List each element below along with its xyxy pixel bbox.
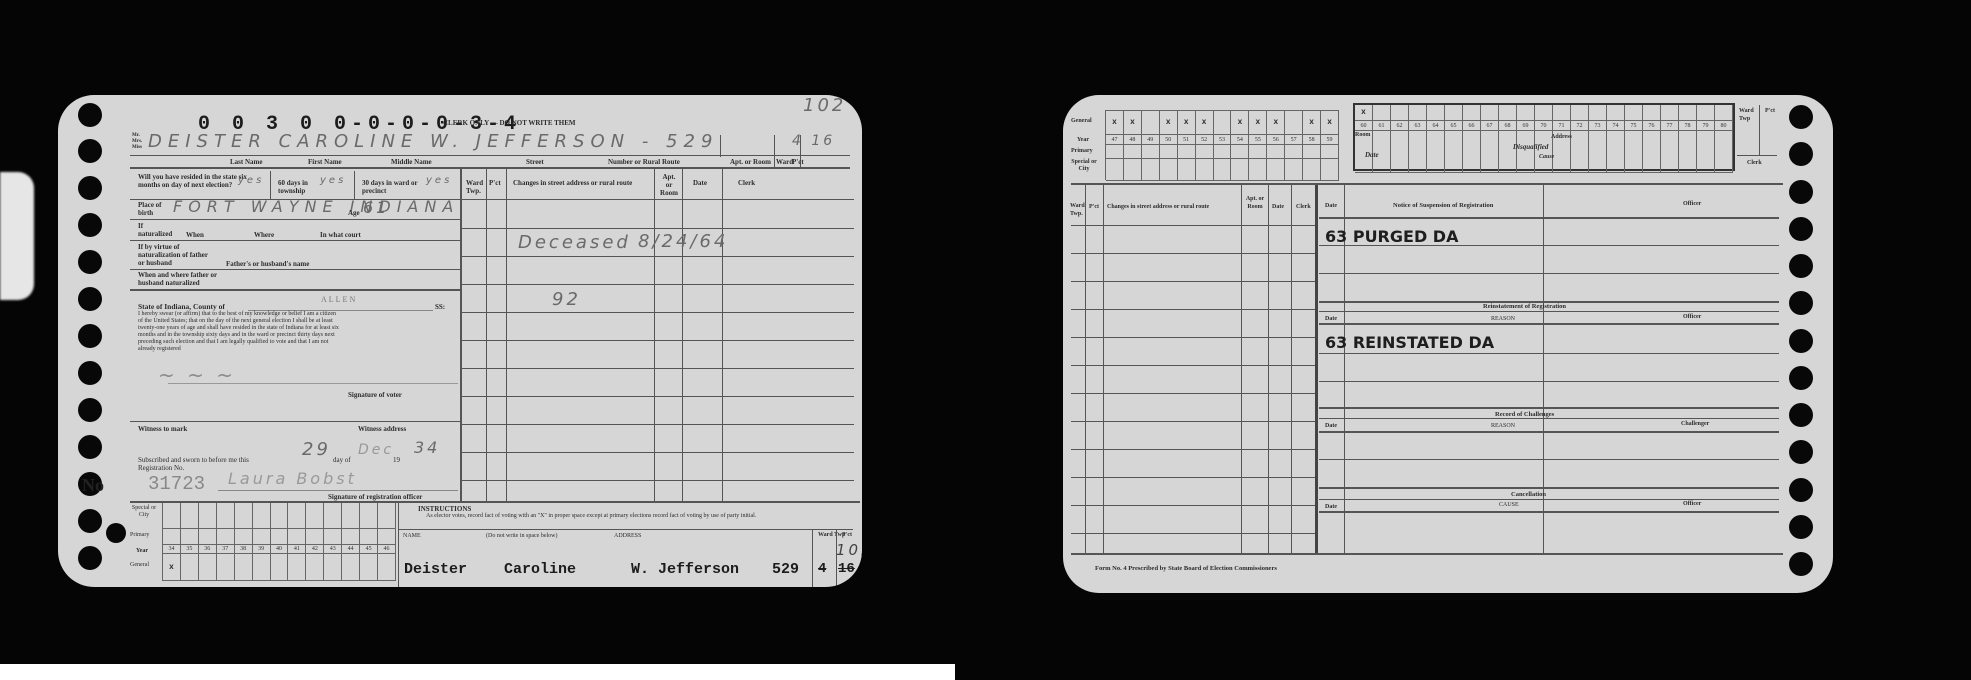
registration-card-back: General Year Primary Special or City X X… [1063,95,1833,593]
divider [1319,487,1779,489]
punch-hole [78,546,102,570]
general-vote-mark: X [1267,111,1285,135]
th-challenges-reason: REASON [1491,422,1515,430]
punch-hole [78,213,102,237]
divider [1319,273,1779,274]
oath-line: preceding such election and that I am le… [138,339,328,346]
th-apt: Apt. or Room [1245,195,1265,211]
th-date: Date [693,179,707,187]
th-challenges-date: Date [1325,422,1337,430]
general-vote-mark: X [1321,111,1339,135]
divider [1319,311,1779,312]
year-cell: 71 [1553,121,1571,131]
punch-hole [1789,403,1813,427]
th-clerk: Clerk [1296,203,1311,211]
label-witness-address: Witness address [358,425,406,433]
divider [1071,253,1315,254]
label-father-naturalization: If by virtue of naturalization of father… [138,243,210,267]
q-township: 60 days in township [278,179,318,195]
year-cell: 63 [1409,121,1427,131]
general-vote-mark [1285,111,1303,135]
label-last-name: Last Name [230,158,262,166]
year-cell: 50 [1160,135,1178,145]
punch-hole [1789,552,1813,576]
divider [130,219,460,220]
divider [1759,105,1760,155]
year-cell: 45 [360,545,378,554]
punch-hole [1789,440,1813,464]
divider [1071,477,1315,478]
year-cell: 40 [271,545,289,554]
ward-pct-written: 4 16 [792,133,835,149]
change-entry-92: 92 [552,289,581,310]
year-cell: 39 [253,545,271,554]
divider [1319,245,1779,246]
year-cell: 76 [1643,121,1661,131]
label-address: Address [1551,133,1572,141]
year-cell: 46 [378,545,396,554]
general-vote-mark: X [1178,111,1196,135]
typed-first-name: Caroline [504,561,576,578]
general-vote-mark: X [1355,105,1373,121]
year-cell: 66 [1463,121,1481,131]
oath-line: I hereby swear (or affirm) that to the b… [138,311,336,318]
divider [270,171,271,199]
punch-hole [1789,142,1813,166]
th-changes: Changes in street address or rural route [1107,203,1209,211]
row-label-special: Special or City [1071,159,1097,173]
voting-grid-back-1: X X X X X X X X X X 47 48 49 50 51 52 53… [1105,110,1339,180]
cancellation-title: Cancellation [1511,491,1546,499]
divider [1071,225,1315,226]
label-registration-no: Registration No. [138,464,184,472]
general-vote-mark: X [1303,111,1321,135]
punch-hole [78,139,102,163]
general-vote-mark: X [1106,111,1124,135]
label-room: Room [1355,131,1370,139]
label-pct: P'ct [792,158,804,166]
row-label-primary: Primary [1071,147,1093,155]
label-first-name: First Name [308,158,342,166]
divider [1071,421,1315,422]
scan-margin-strip [0,664,955,680]
divider [1319,381,1779,382]
divider [168,383,458,384]
year-cell: 70 [1535,121,1553,131]
label-street: Street [526,158,544,166]
year-cell: 75 [1625,121,1643,131]
no-prefix: No [82,475,104,495]
punch-hole [78,398,102,422]
divider [1291,185,1292,553]
divider [1071,449,1315,450]
divider [1241,185,1242,553]
general-vote-mark [1142,111,1160,135]
punch-hole [1789,217,1813,241]
divider [130,289,460,291]
divider [462,480,854,481]
divider [462,396,854,397]
th-pct: P'ct [489,179,501,187]
divider [1319,459,1779,460]
th-suspension-officer: Officer [1683,200,1701,208]
name-prefix: Mr. Mrs. Miss [132,133,142,151]
label-ward: Ward [776,158,793,166]
th-ward: Ward Twp. [466,179,484,195]
punch-hole [78,176,102,200]
punch-hole [78,324,102,348]
age: 61 [363,198,389,217]
divider [462,312,854,313]
label-pct: P'ct [1765,107,1775,115]
a-ward: yes [426,175,452,186]
voting-grid-front: 34 35 36 37 38 39 40 41 42 43 44 45 46 X [162,503,396,581]
th-cancellation-date: Date [1325,503,1337,511]
year-cell: 47 [1106,135,1124,145]
year-cell: 41 [288,545,306,554]
subscribed-month: Dec [358,442,394,458]
corner-number: 102 [803,95,846,116]
oath-line: of the United States; that on the day of… [138,318,333,325]
label-cause: Cause [1539,153,1554,161]
label-where: Where [254,231,274,239]
header-note: CLERK ONLY — DO NOT WRITE THEM [443,119,576,127]
general-vote-mark: X [1160,111,1178,135]
divider [1071,393,1315,394]
row-label-general: General [130,561,149,569]
year-cell: 51 [1178,135,1196,145]
divider [462,199,854,200]
divider [462,284,854,285]
th-reinstatement-officer: Officer [1683,313,1701,321]
divider [130,421,460,422]
divider [398,503,399,587]
general-vote-mark: X [1249,111,1267,135]
year-cell: 54 [1231,135,1249,145]
year-cell: 61 [1373,121,1391,131]
oath-ss: SS: [435,303,445,311]
th-reinstatement-date: Date [1325,315,1337,323]
subscribed-year-prefix: 19 [393,456,400,464]
row-label-year: Year [1077,136,1089,144]
instructions-title: INSTRUCTIONS [418,505,471,513]
divider [1268,185,1269,553]
voter-name-line: DEISTER CAROLINE W. JEFFERSON - 529 [148,131,718,152]
year-cell: 55 [1249,135,1267,145]
th-suspension-notice: Notice of Suspension of Registration [1393,202,1493,210]
row-label-primary: Primary [130,531,149,539]
officer-signature: Laura Bobst [228,469,357,488]
divider [1319,431,1779,433]
oath-line: already registered [138,346,181,353]
year-cell: 65 [1445,121,1463,131]
label-address: ADDRESS [614,532,641,540]
a-state-residency: yes [238,175,264,186]
th-ward: Ward Twp. [1070,202,1084,218]
th-suspension-date: Date [1325,202,1337,210]
divider [462,368,854,369]
year-cell: 69 [1517,121,1535,131]
year-cell: 44 [342,545,360,554]
label-court: In what court [320,231,361,239]
change-entry-deceased: Deceased [518,232,631,253]
a-township: yes [320,175,346,186]
year-cell: 36 [199,545,217,554]
label-clerk: Clerk [1747,159,1762,167]
divider [398,529,853,530]
punch-hole [1789,180,1813,204]
divider [1071,365,1315,366]
divider [1319,499,1779,500]
th-challenger: Challenger [1681,420,1709,428]
oath-line: months and in the township sixty days an… [138,332,335,339]
subscribed-text: Subscribed and sworn to before me this [138,456,249,464]
year-cell: 35 [181,545,199,554]
divider [130,240,460,241]
punch-hole [1789,366,1813,390]
divider [812,529,813,587]
typed-last-name: Deister [404,561,467,578]
th-changes: Changes in street address or rural route [513,179,632,187]
punch-hole [78,250,102,274]
suspension-stamp: 63 PURGED DA [1325,227,1458,246]
punch-hole [1789,478,1813,502]
divider [1071,183,1783,185]
handwritten-pct: 102 [836,541,862,559]
label-ward-twp: Ward Twp [1739,107,1757,123]
year-cell: 42 [306,545,324,554]
divider [1315,185,1318,553]
th-clerk: Clerk [738,179,755,187]
divider [130,155,850,156]
divider [1071,505,1315,506]
divider [774,135,775,167]
oath-county: ALLEN [321,296,357,304]
general-vote-mark: X [1231,111,1249,135]
divider [1103,185,1104,553]
general-vote-mark [1214,111,1232,135]
label-father-when-where: When and where father or husband natural… [138,271,233,287]
punch-hole [78,361,102,385]
divider [130,269,460,270]
year-cell: 62 [1391,121,1409,131]
divider [720,135,721,157]
label-number: Number or Rural Route [608,158,680,166]
punch-hole [1789,291,1813,315]
subscribed-day-of: day of [333,456,351,464]
general-vote-mark: X [1124,111,1142,135]
th-apt: Apt. or Room [660,173,678,197]
year-cell: 56 [1267,135,1285,145]
label-officer-signature: Signature of registration officer [328,493,422,501]
punch-hole [1789,329,1813,353]
year-cell: 74 [1607,121,1625,131]
general-vote-mark: X [163,554,181,581]
place-of-birth: FORT WAYNE INDIANA [173,197,459,216]
punch-hole [1789,105,1813,129]
year-cell: 53 [1214,135,1232,145]
divider [462,256,854,257]
divider [218,490,458,491]
reinstatement-stamp: 63 REINSTATED DA [1325,333,1494,352]
punch-hole [78,103,102,127]
divider [1071,309,1315,310]
label-when: When [186,231,204,239]
year-cell: 72 [1571,121,1589,131]
label-date: Date [1365,151,1379,159]
year-cell: 59 [1321,135,1339,145]
year-cell: 64 [1427,121,1445,131]
row-label-special: Special or City [130,505,158,519]
subscribed-day: 29 [302,439,331,460]
label-middle-name: Middle Name [391,158,432,166]
label-father-name: Father's or husband's name [226,260,309,268]
label-pct-bottom: P'ct [842,531,852,539]
row-label-year: Year [136,547,148,555]
divider [462,228,854,229]
punch-hole [1789,515,1813,539]
divider [1319,511,1779,513]
divider [130,167,850,169]
q-ward: 30 days in ward or precinct [362,179,422,195]
th-cancellation-cause: CAUSE [1499,501,1519,509]
divider [462,452,854,453]
divider [354,171,355,199]
label-place-of-birth: Place of birth [138,201,168,217]
year-cell: 58 [1303,135,1321,145]
divider [1319,323,1779,325]
label-apt: Apt. or Room [730,158,771,166]
q-state-residency: Will you have resided in the state six m… [138,173,248,189]
divider [1319,353,1779,354]
year-cell: 57 [1285,135,1303,145]
divider [1319,418,1779,419]
divider [462,424,854,425]
scan-artifact [0,172,34,300]
th-pct: P'ct [1089,203,1099,211]
divider [1319,407,1779,409]
year-cell: 43 [324,545,342,554]
year-cell: 80 [1715,121,1733,131]
divider [1071,337,1315,338]
typed-number: 529 [772,561,799,578]
punch-hole [78,287,102,311]
oath-heading: State of Indiana, County of [138,303,225,311]
year-cell: 49 [1142,135,1160,145]
form-footer: Form No. 4 Prescribed by State Board of … [1095,565,1277,573]
year-cell: 52 [1196,135,1214,145]
punch-hole [78,435,102,459]
th-cancellation-officer: Officer [1683,500,1701,508]
label-do-not-write: (Do not write in space below) [486,532,557,540]
label-disqualified: Disqualified [1513,143,1548,151]
divider [1319,217,1779,219]
year-cell: 68 [1499,121,1517,131]
year-cell: 79 [1697,121,1715,131]
year-cell: 34 [163,545,181,554]
registration-card-front: 0 0 3 0 0-0-0-0-3-4 CLERK ONLY — DO NOT … [58,95,862,587]
oath-line: twenty-one years of age and shall have r… [138,325,339,332]
change-entry-date: 8/24/64 [638,231,728,252]
divider [1071,533,1315,534]
year-cell: 38 [235,545,253,554]
year-cell: 78 [1679,121,1697,131]
row-label-general: General [1071,117,1092,125]
divider [1737,155,1777,156]
reinstatement-title: Reinstatement of Registration [1483,303,1566,311]
year-cell: 67 [1481,121,1499,131]
typed-ward: 4 [818,561,826,577]
label-naturalized: If naturalized [138,222,178,238]
divider [1071,281,1315,282]
label-name: NAME [403,532,421,540]
subscribed-year: 34 [414,438,440,457]
label-signature-voter: Signature of voter [348,391,402,399]
year-cell: 73 [1589,121,1607,131]
year-cell: 60 [1355,121,1373,131]
th-date: Date [1272,203,1284,211]
divider [1071,553,1783,555]
registration-number: 31723 [148,473,205,495]
typed-street: W. Jefferson [631,561,739,578]
year-cell: 48 [1124,135,1142,145]
general-vote-mark: X [1196,111,1214,135]
punch-hole-small [106,523,126,543]
th-reinstatement-reason: REASON [1491,315,1515,323]
punch-hole [78,509,102,533]
label-age: Age [348,209,360,217]
punch-hole [1789,254,1813,278]
typed-pct: 16 [838,561,855,577]
year-cell: 37 [217,545,235,554]
divider [462,340,854,341]
year-cell: 77 [1661,121,1679,131]
instructions-text: As elector votes, record fact of voting … [426,513,846,520]
divider [1085,185,1086,553]
label-witness-mark: Witness to mark [138,425,187,433]
